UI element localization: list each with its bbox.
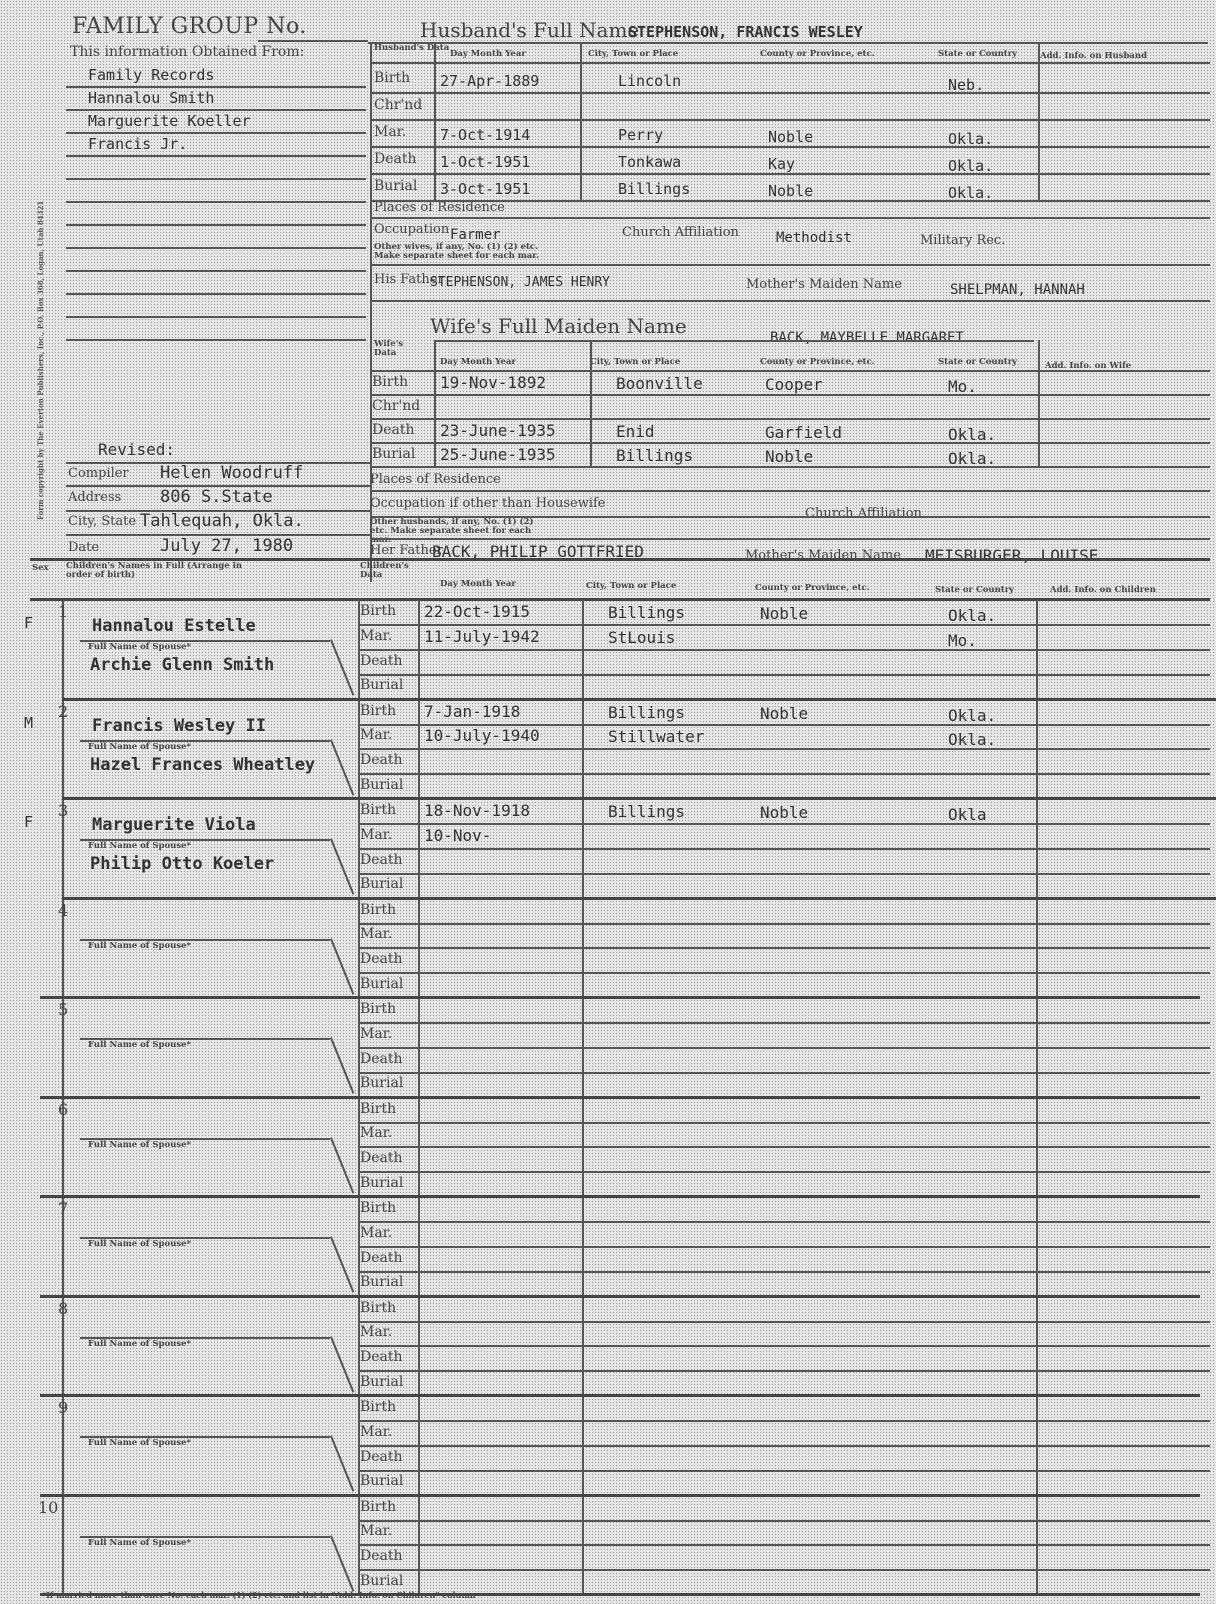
- child-event-label: Birth: [360, 1399, 396, 1415]
- other-husbands-note: Other husbands, if any, No. (1) (2) etc.…: [370, 518, 550, 545]
- child-event-date: 11-July-1942: [424, 627, 540, 646]
- wife-event-date: 25-June-1935: [440, 445, 556, 464]
- husband-event-place: Tonkawa: [618, 153, 681, 171]
- row-separator: [40, 1494, 1200, 1497]
- wife-church-label: Church Affiliation: [805, 506, 922, 521]
- child-event-label: Death: [360, 1349, 403, 1365]
- child-number: 8: [58, 1299, 68, 1318]
- row-separator: [40, 1096, 1200, 1099]
- rule: [358, 1246, 1210, 1248]
- rule: [358, 1146, 1210, 1148]
- rule: [358, 724, 1210, 726]
- rule: [30, 598, 1210, 601]
- child-event-label: Mar.: [360, 926, 392, 942]
- child-event-label: Burial: [360, 976, 403, 992]
- husband-event-date: 1-Oct-1951: [440, 153, 530, 171]
- child-event-state: Okla: [948, 805, 987, 824]
- row-separator: [40, 1593, 1200, 1596]
- sources-label: This information Obtained From:: [70, 44, 304, 60]
- child-number: 5: [58, 1000, 68, 1019]
- source-line: [66, 316, 366, 318]
- rule: [358, 1520, 1210, 1522]
- rule: [358, 649, 1210, 651]
- source-item: Francis Jr.: [88, 135, 187, 153]
- row-separator: [62, 897, 1216, 900]
- her-mother: MEISBURGER, LOUISE: [925, 546, 1098, 565]
- husband-col-header: County or Province, etc.: [760, 50, 875, 59]
- rule: [358, 1022, 1210, 1024]
- child-event-label: Mar.: [360, 1424, 392, 1440]
- children-place-header: City, Town or Place: [586, 582, 676, 591]
- child-name: Francis Wesley II: [92, 716, 266, 736]
- child-event-label: Burial: [360, 1573, 403, 1589]
- rule: [358, 1122, 1210, 1124]
- husband-event-place: Billings: [618, 180, 690, 198]
- husband-event-date: 3-Oct-1951: [440, 180, 530, 198]
- child-event-label: Burial: [360, 1374, 403, 1390]
- compiler-address: 806 S.State: [160, 487, 273, 507]
- compiler-label: Compiler: [68, 466, 129, 481]
- wife-col-header: City, Town or Place: [590, 358, 680, 367]
- child-event-label: Mar.: [360, 628, 392, 644]
- rule: [358, 1321, 1210, 1323]
- rule: [370, 146, 1210, 148]
- source-line: [66, 339, 366, 341]
- source-line: [66, 270, 366, 272]
- source-line: [66, 201, 366, 203]
- source-item: Marguerite Koeller: [88, 112, 251, 130]
- column-divider: [434, 340, 436, 468]
- rule: [358, 823, 1210, 825]
- child-event-label: Birth: [360, 703, 396, 719]
- child-name: Hannalou Estelle: [92, 616, 256, 636]
- rule: [370, 92, 1210, 94]
- child-event-date: 18-Nov-1918: [424, 801, 530, 820]
- child-event-label: Burial: [360, 1473, 403, 1489]
- child-event-label: Burial: [360, 876, 403, 892]
- child-number: 1: [58, 602, 68, 621]
- row-separator: [62, 698, 1216, 701]
- source-line: [66, 109, 366, 111]
- rule: [358, 674, 1210, 676]
- source-line: [66, 178, 366, 180]
- source-line: [66, 224, 366, 226]
- rule: [358, 1569, 1210, 1571]
- wife-col-header: Day Month Year: [440, 358, 516, 367]
- husband-occupation: Farmer: [450, 227, 501, 243]
- husband-event-county: Noble: [768, 182, 813, 200]
- wife-col-header: County or Province, etc.: [760, 358, 875, 367]
- rule: [358, 972, 1210, 974]
- child-event-state: Mo.: [948, 631, 977, 650]
- rule: [358, 1544, 1210, 1546]
- row-separator: [40, 996, 1200, 999]
- husband-event-place: Lincoln: [618, 72, 681, 90]
- wife-event-place: Billings: [616, 446, 693, 465]
- row-separator: [40, 1394, 1200, 1397]
- rule: [358, 1047, 1210, 1049]
- husband-event-county: Noble: [768, 128, 813, 146]
- rule: [370, 490, 1210, 492]
- source-line: [66, 155, 366, 157]
- rule: [370, 300, 1210, 302]
- child-event-label: Mar.: [360, 1026, 392, 1042]
- rule: [370, 217, 1210, 219]
- child-event-state: Okla.: [948, 730, 996, 749]
- spouse-label: Full Name of Spouse*: [88, 1539, 191, 1548]
- rule: [358, 1221, 1210, 1223]
- husband-data-label: Husband's Data: [374, 44, 449, 53]
- other-wives-note: Other wives, if any, No. (1) (2) etc. Ma…: [374, 243, 554, 261]
- wife-event-county: Noble: [765, 447, 813, 466]
- child-event-label: Death: [360, 852, 403, 868]
- child-event-place: Stillwater: [608, 727, 704, 746]
- rule: [370, 200, 1210, 202]
- child-event-label: Mar.: [360, 727, 392, 743]
- revised-label: Revised:: [98, 440, 175, 459]
- child-event-label: Birth: [360, 1499, 396, 1515]
- husband-military-label: Military Rec.: [920, 233, 1005, 248]
- child-event-label: Death: [360, 653, 403, 669]
- child-event-label: Burial: [360, 1175, 403, 1191]
- child-event-date: 10-Nov-: [424, 826, 491, 845]
- husband-col-header: City, Town or Place: [588, 50, 678, 59]
- rule: [358, 923, 1210, 925]
- city-state-label: City, State: [68, 514, 136, 529]
- child-event-label: Mar.: [360, 1125, 392, 1141]
- children-names-header: Children's Names in Full (Arrange in ord…: [66, 562, 266, 580]
- children-data-header: Children's Data: [360, 562, 420, 580]
- husband-residence-label: Places of Residence: [374, 200, 505, 215]
- child-event-date: 7-Jan-1918: [424, 702, 520, 721]
- child-event-label: Birth: [360, 802, 396, 818]
- child-event-date: 22-Oct-1915: [424, 602, 530, 621]
- wife-residence-label: Places of Residence: [370, 472, 501, 487]
- husband-event-label: Mar.: [374, 124, 406, 140]
- spouse-label: Full Name of Spouse*: [88, 743, 191, 752]
- child-event-label: Burial: [360, 777, 403, 793]
- child-event-label: Mar.: [360, 1225, 392, 1241]
- spouse-label: Full Name of Spouse*: [88, 842, 191, 851]
- child-number: 6: [58, 1100, 68, 1119]
- spouse-label: Full Name of Spouse*: [88, 643, 191, 652]
- rule: [370, 538, 1210, 540]
- child-number: 10: [38, 1498, 58, 1517]
- his-mother-label: Mother's Maiden Name: [746, 277, 902, 292]
- rule: [370, 466, 1210, 468]
- wife-event-county: Cooper: [765, 375, 823, 394]
- husband-name: STEPHENSON, FRANCIS WESLEY: [628, 23, 863, 41]
- child-event-label: Mar.: [360, 827, 392, 843]
- wife-event-label: Death: [372, 422, 415, 438]
- spouse-label: Full Name of Spouse*: [88, 1041, 191, 1050]
- husband-event-label: Death: [374, 151, 417, 167]
- wife-occupation-label: Occupation if other than Housewife: [370, 496, 606, 511]
- group-number-field: [258, 40, 368, 42]
- child-number: 3: [58, 801, 68, 820]
- rule: [358, 1271, 1210, 1273]
- rule: [370, 62, 1210, 64]
- husband-event-label: Chr'nd: [374, 97, 422, 113]
- rule: [370, 442, 1210, 444]
- column-divider: [1038, 340, 1040, 468]
- wife-event-label: Chr'nd: [372, 398, 420, 414]
- child-event-label: Birth: [360, 603, 396, 619]
- column-divider: [434, 44, 436, 202]
- rule: [358, 873, 1210, 875]
- child-number: 9: [58, 1398, 68, 1417]
- source-item: Hannalou Smith: [88, 89, 214, 107]
- wife-data-label: Wife's Data: [374, 340, 414, 358]
- child-event-label: Birth: [360, 902, 396, 918]
- rule: [358, 1470, 1210, 1472]
- wife-name: BACK, MAYBELLE MARGARET: [770, 330, 964, 346]
- child-event-county: Noble: [760, 704, 808, 723]
- rule: [358, 1345, 1210, 1347]
- wife-event-label: Burial: [372, 446, 415, 462]
- rule: [358, 1072, 1210, 1074]
- husband-church: Methodist: [776, 230, 852, 246]
- spouse-label: Full Name of Spouse*: [88, 1340, 191, 1349]
- rule: [358, 848, 1210, 850]
- column-divider: [590, 340, 592, 468]
- child-number: 2: [58, 702, 68, 721]
- date-label: Date: [68, 540, 99, 555]
- child-event-state: Okla.: [948, 706, 996, 725]
- spouse-name: Archie Glenn Smith: [90, 655, 274, 675]
- form-title: FAMILY GROUP No.: [72, 14, 307, 39]
- child-sex: F: [24, 813, 33, 831]
- source-line: [66, 86, 366, 88]
- child-event-label: Burial: [360, 1274, 403, 1290]
- rule: [358, 1171, 1210, 1173]
- child-event-label: Birth: [360, 1001, 396, 1017]
- children-county-header: County or Province, etc.: [755, 584, 870, 593]
- source-line: [66, 132, 366, 134]
- child-sex: M: [24, 714, 33, 732]
- source-item: Family Records: [88, 66, 214, 84]
- spouse-name: Hazel Frances Wheatley: [90, 755, 315, 775]
- child-event-label: Mar.: [360, 1324, 392, 1340]
- child-number: 7: [58, 1199, 68, 1218]
- rule: [358, 773, 1210, 775]
- husband-event-label: Burial: [374, 178, 417, 194]
- rule: [370, 119, 1210, 121]
- child-event-county: Noble: [760, 803, 808, 822]
- compiler-name: Helen Woodruff: [160, 463, 303, 483]
- child-event-label: Death: [360, 1250, 403, 1266]
- address-label: Address: [68, 490, 121, 505]
- child-number: 4: [58, 901, 68, 920]
- child-event-label: Birth: [360, 1300, 396, 1316]
- child-event-place: StLouis: [608, 628, 675, 647]
- spouse-name: Philip Otto Koeler: [90, 854, 274, 874]
- his-father: STEPHENSON, JAMES HENRY: [430, 275, 610, 290]
- child-event-county: Noble: [760, 604, 808, 623]
- husband-event-label: Birth: [374, 70, 410, 86]
- rule: [358, 748, 1210, 750]
- child-event-label: Birth: [360, 1101, 396, 1117]
- compiled-date: July 27, 1980: [160, 536, 293, 556]
- children-info-header: Add. Info. on Children: [1050, 586, 1156, 595]
- child-event-place: Billings: [608, 603, 685, 622]
- row-separator: [62, 797, 1216, 800]
- child-event-place: Billings: [608, 703, 685, 722]
- child-sex: F: [24, 614, 33, 632]
- child-event-label: Death: [360, 1150, 403, 1166]
- wife-event-date: 23-June-1935: [440, 421, 556, 440]
- child-event-label: Death: [360, 951, 403, 967]
- husband-name-label: Husband's Full Name: [420, 18, 639, 42]
- child-event-state: Okla.: [948, 606, 996, 625]
- wife-name-label: Wife's Full Maiden Name: [430, 314, 687, 338]
- wife-event-date: 19-Nov-1892: [440, 373, 546, 392]
- husband-church-label: Church Affiliation: [622, 225, 739, 240]
- rule: [358, 1370, 1210, 1372]
- child-event-place: Billings: [608, 802, 685, 821]
- sex-header: Sex: [32, 564, 49, 573]
- his-mother: SHELPMAN, HANNAH: [950, 282, 1085, 298]
- spouse-label: Full Name of Spouse*: [88, 1439, 191, 1448]
- child-event-label: Burial: [360, 677, 403, 693]
- rule: [358, 1445, 1210, 1447]
- header-rule: [368, 42, 1208, 44]
- child-event-label: Death: [360, 1449, 403, 1465]
- rule: [370, 394, 1210, 396]
- wife-event-label: Birth: [372, 374, 408, 390]
- column-divider: [1038, 44, 1040, 202]
- husband-event-date: 7-Oct-1914: [440, 126, 530, 144]
- child-event-label: Death: [360, 752, 403, 768]
- husband-occupation-label: Occupation: [374, 222, 449, 237]
- rule: [370, 418, 1210, 420]
- child-event-label: Death: [360, 1548, 403, 1564]
- rule: [370, 173, 1210, 175]
- spouse-label: Full Name of Spouse*: [88, 1240, 191, 1249]
- child-event-label: Death: [360, 1051, 403, 1067]
- husband-col-header: State or Country: [938, 50, 1017, 59]
- column-divider: [580, 44, 582, 202]
- rule: [370, 370, 1210, 372]
- husband-event-date: 27-Apr-1889: [440, 72, 539, 90]
- row-separator: [40, 1295, 1200, 1298]
- wife-event-place: Boonville: [616, 374, 703, 393]
- spouse-label: Full Name of Spouse*: [88, 942, 191, 951]
- row-separator: [40, 1195, 1200, 1198]
- husband-event-place: Perry: [618, 126, 663, 144]
- husband-col-header: Day Month Year: [450, 50, 526, 59]
- rule: [358, 1420, 1210, 1422]
- source-line: [66, 247, 366, 249]
- source-line: [66, 293, 366, 295]
- side-copyright: Form copyright by The Everton Publishers…: [36, 201, 45, 520]
- child-event-label: Mar.: [360, 1523, 392, 1539]
- husband-col-header: Add. Info. on Husband: [1040, 52, 1147, 61]
- wife-event-county: Garfield: [765, 423, 842, 442]
- children-state-header: State or Country: [935, 586, 1014, 595]
- spouse-label: Full Name of Spouse*: [88, 1141, 191, 1150]
- compiler-city: Tahlequah, Okla.: [140, 511, 304, 531]
- rule: [370, 264, 1210, 266]
- child-event-label: Birth: [360, 1200, 396, 1216]
- rule: [434, 340, 1034, 342]
- child-event-label: Burial: [360, 1075, 403, 1091]
- husband-event-county: Kay: [768, 155, 795, 173]
- child-name: Marguerite Viola: [92, 815, 256, 835]
- wife-col-header: State or Country: [938, 358, 1017, 367]
- wife-event-place: Enid: [616, 422, 655, 441]
- rule: [358, 624, 1210, 626]
- rule: [358, 947, 1210, 949]
- children-date-header: Day Month Year: [440, 580, 516, 589]
- child-event-date: 10-July-1940: [424, 726, 540, 745]
